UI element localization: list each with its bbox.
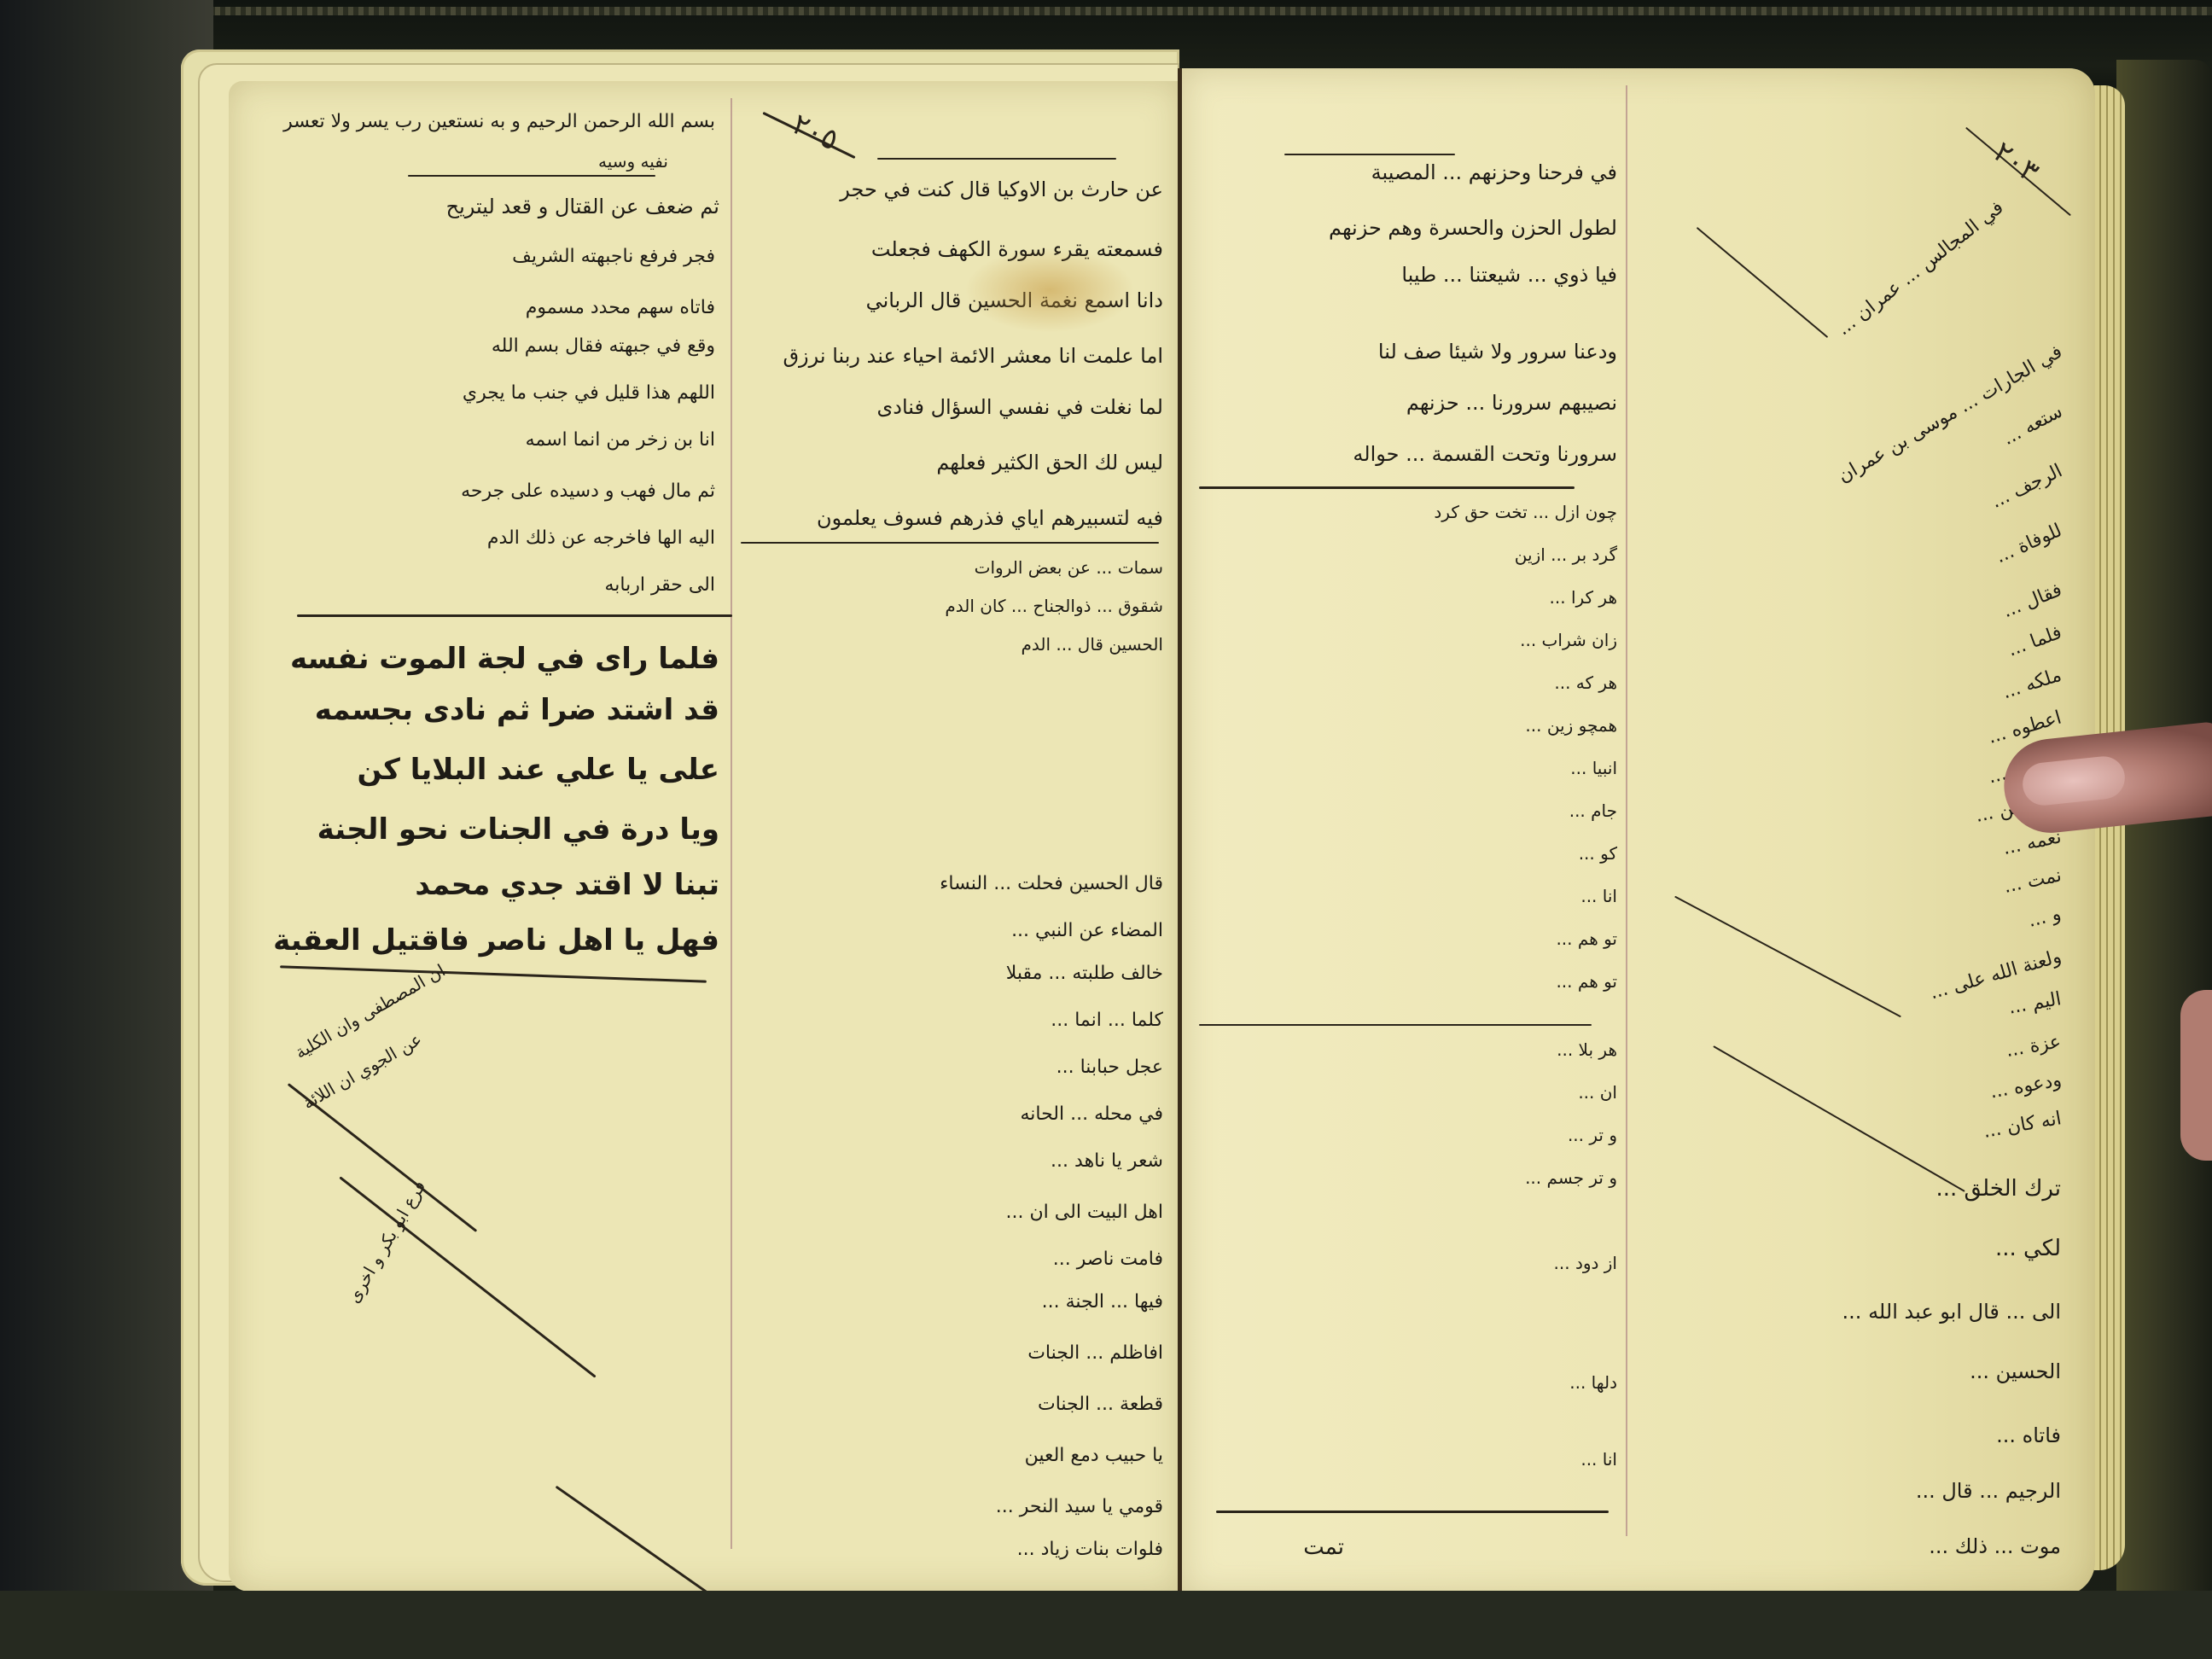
water-stain bbox=[964, 247, 1135, 333]
text-line: اما علمت انا معشر الائمة احياء عند ربنا … bbox=[783, 346, 1163, 366]
persian-verse: هر که ... bbox=[1554, 674, 1617, 691]
background-fabric-edge bbox=[0, 7, 2212, 15]
text-line: قومي يا سيد النحر ... bbox=[996, 1498, 1163, 1516]
photo-scene: ٢٠٥ بسم الله الرحمن الرحيم و به نستعين ر… bbox=[0, 0, 2212, 1659]
text-line: يا حبيب دمع العين bbox=[1025, 1447, 1163, 1465]
left-page-number: ٢٠٥ bbox=[787, 107, 844, 157]
diagonal-rule bbox=[1674, 896, 1901, 1018]
text-line: فامت ناصر ... bbox=[1053, 1250, 1163, 1269]
poem-line: على يا علي عند البلايا كن bbox=[358, 755, 720, 784]
poem-line: فهل يا اهل ناصر فاقتيل العقبة bbox=[273, 926, 719, 955]
text-line: شقوق ... ذوالجناح ... كان الدم bbox=[945, 597, 1163, 614]
colophon-tammat: تمت bbox=[1303, 1536, 1344, 1558]
text-line: الحسين قال ... الدم bbox=[1021, 636, 1163, 653]
text-line: اهل البيت الى ان ... bbox=[1006, 1203, 1163, 1222]
right-page-number: ٢٠٣ bbox=[1987, 135, 2045, 189]
text-line: نصيبهم سرورنا ... حزنهم bbox=[1406, 393, 1617, 413]
page-number-slash bbox=[1965, 127, 2071, 216]
text-line: فلوات بنات زياد ... bbox=[1017, 1540, 1163, 1559]
text-line: قال الحسين فحلت ... النساء bbox=[940, 875, 1163, 894]
persian-verse: کو ... bbox=[1579, 845, 1617, 862]
text-line: ثم مال فهب و دسيده على جرحه bbox=[461, 482, 715, 501]
persian-verse: انا ... bbox=[1580, 1451, 1617, 1468]
left-page-column-rule bbox=[731, 98, 732, 1549]
text-line: اليه الها فاخرجه عن ذلك الدم bbox=[487, 529, 715, 548]
text-line: لكي ... bbox=[1995, 1237, 2061, 1260]
overline-rule bbox=[1284, 154, 1455, 155]
persian-verse: از دود ... bbox=[1554, 1254, 1617, 1272]
basmala-header: بسم الله الرحمن الرحيم و به نستعين رب يس… bbox=[283, 111, 715, 132]
diagonal-heading: في المجالس ... عمران ... bbox=[1834, 198, 2007, 339]
text-line: فيه لتسبيرهم اياي فذرهم فسوف يعلمون bbox=[817, 508, 1163, 528]
heading-rule bbox=[408, 175, 655, 177]
text-line: المضاء عن النبي ... bbox=[1011, 922, 1163, 940]
poem-line: فلما راى في لجة الموت نفسه bbox=[290, 644, 719, 673]
right-page-column-rule bbox=[1626, 85, 1627, 1536]
poem-line: ويا درة في الجنات نحو الجنة bbox=[317, 815, 719, 844]
diagonal-rule bbox=[1697, 227, 1828, 338]
persian-verse: انبیا ... bbox=[1570, 760, 1617, 777]
text-line: كلما ... انما ... bbox=[1051, 1011, 1163, 1030]
text-line: عزة ... bbox=[2005, 1033, 2063, 1061]
overline-rule bbox=[877, 158, 1116, 160]
text-line: سرورنا وتحت القسمة ... حواله bbox=[1353, 444, 1617, 464]
persian-verse: زان شراب ... bbox=[1520, 632, 1617, 649]
text-line: ملكه ... bbox=[2000, 667, 2064, 703]
text-line: ليس لك الحق الكثير فعلهم bbox=[936, 452, 1163, 473]
text-line: اللهم هذا قليل في جنب ما يجري bbox=[463, 384, 715, 403]
text-line: الحسين ... bbox=[1970, 1361, 2061, 1382]
text-line: نمت ... bbox=[2002, 866, 2064, 897]
persian-verse: دلها ... bbox=[1569, 1374, 1617, 1391]
text-line: فلما ... bbox=[2005, 624, 2064, 661]
text-line: في محله ... الحانه bbox=[1020, 1105, 1163, 1124]
text-line: ودعوه ... bbox=[1988, 1071, 2063, 1102]
text-line: الى ... قال ابو عبد الله ... bbox=[1842, 1301, 2061, 1322]
poem-line: تبنا لا اقتد جدي محمد bbox=[415, 870, 719, 899]
section-rule bbox=[297, 614, 732, 617]
text-line: انا بن زخر من انما اسمه bbox=[526, 431, 715, 450]
text-line: افاظلم ... الجنات bbox=[1027, 1344, 1163, 1363]
text-line: قطعة ... الجنات bbox=[1038, 1395, 1163, 1414]
book-cover-edge bbox=[2116, 60, 2212, 1596]
persian-verse: انا ... bbox=[1580, 888, 1617, 905]
holding-finger bbox=[2180, 990, 2212, 1161]
text-line: ستعه ... bbox=[2000, 402, 2065, 449]
text-line: فاتاه سهم محدد مسموم bbox=[526, 299, 715, 317]
poem-line: قد اشتد ضرا ثم نادى بجسمه bbox=[315, 696, 719, 725]
persian-verse: و تر جسم ... bbox=[1525, 1169, 1617, 1186]
persian-verse: همچو زین ... bbox=[1525, 717, 1617, 734]
text-line: سمات ... عن بعض الروات bbox=[975, 559, 1163, 576]
section-rule bbox=[1199, 1024, 1592, 1026]
diagonal-note: فرع ابو بكر و اخرى bbox=[344, 1178, 428, 1306]
persian-verse: چون ازل ... تخت حق کرد bbox=[1434, 504, 1617, 521]
text-line: الرجف ... bbox=[1988, 462, 2065, 512]
text-line: عجل حبابنا ... bbox=[1057, 1058, 1163, 1077]
persian-verse: جام ... bbox=[1569, 802, 1617, 819]
text-line: ترك الخلق ... bbox=[1935, 1178, 2061, 1200]
persian-verse: هر کرا ... bbox=[1550, 589, 1617, 606]
persian-verse: ان ... bbox=[1578, 1084, 1617, 1101]
persian-verse: هر بلا ... bbox=[1557, 1041, 1617, 1058]
text-line: الى حقر اربابه bbox=[605, 576, 716, 595]
section-rule bbox=[1199, 486, 1575, 489]
diagonal-rule bbox=[1713, 1045, 1965, 1192]
section-rule bbox=[280, 965, 707, 982]
text-line: لطول الحزن والحسرة وهم حزنهم bbox=[1329, 218, 1617, 238]
text-line: شعر يا ناهد ... bbox=[1051, 1152, 1163, 1171]
text-line: في فرحنا وحزنهم ... المصيبة bbox=[1371, 162, 1617, 183]
text-line: فقال ... bbox=[2000, 581, 2064, 621]
persian-verse: تو هم ... bbox=[1556, 973, 1617, 990]
section-rule bbox=[741, 542, 1159, 544]
text-line: لما نغلت في نفسي السؤال فنادى bbox=[876, 397, 1163, 417]
dark-foreground-surface bbox=[0, 1591, 2212, 1659]
text-line: اليم ... bbox=[2007, 990, 2063, 1017]
text-line: للوفاة ... bbox=[1994, 521, 2065, 567]
text-line: الرجيم ... قال ... bbox=[1916, 1481, 2061, 1501]
persian-verse: گرد بر ... ازین bbox=[1515, 546, 1617, 563]
section-rule bbox=[1216, 1511, 1609, 1513]
persian-verse: تو هم ... bbox=[1556, 930, 1617, 947]
text-line: فيها ... الجنة ... bbox=[1042, 1293, 1163, 1312]
text-line: ثم ضعف عن القتال و قعد ليتريح bbox=[446, 196, 719, 217]
text-line: فاتاه ... bbox=[1996, 1425, 2061, 1446]
text-line: فجر فرفع ناجبهته الشريف bbox=[512, 247, 715, 266]
persian-verse: و تر ... bbox=[1568, 1126, 1617, 1144]
text-line: و ... bbox=[2027, 905, 2064, 931]
text-line: انه كان ... bbox=[1982, 1109, 2063, 1142]
text-line: موت ... ذلك ... bbox=[1929, 1536, 2061, 1557]
text-line: خالف طلبته ... مقبلا bbox=[1006, 964, 1163, 983]
right-page: ٢٠٣ في فرحنا وحزنهم ... المصيبة لطول الح… bbox=[1182, 68, 2095, 1596]
text-line: وقع في جبهته فقال بسم الله bbox=[492, 337, 715, 356]
subheading: نفيه وسيه bbox=[598, 151, 668, 172]
text-line: فيا ذوي ... شيعتنا ... طيبا bbox=[1401, 265, 1617, 285]
text-line: عن حارث بن الاوكيا قال كنت في حجر bbox=[840, 179, 1163, 200]
text-line: ودعنا سرور ولا شيئا صف لنا bbox=[1378, 341, 1617, 362]
